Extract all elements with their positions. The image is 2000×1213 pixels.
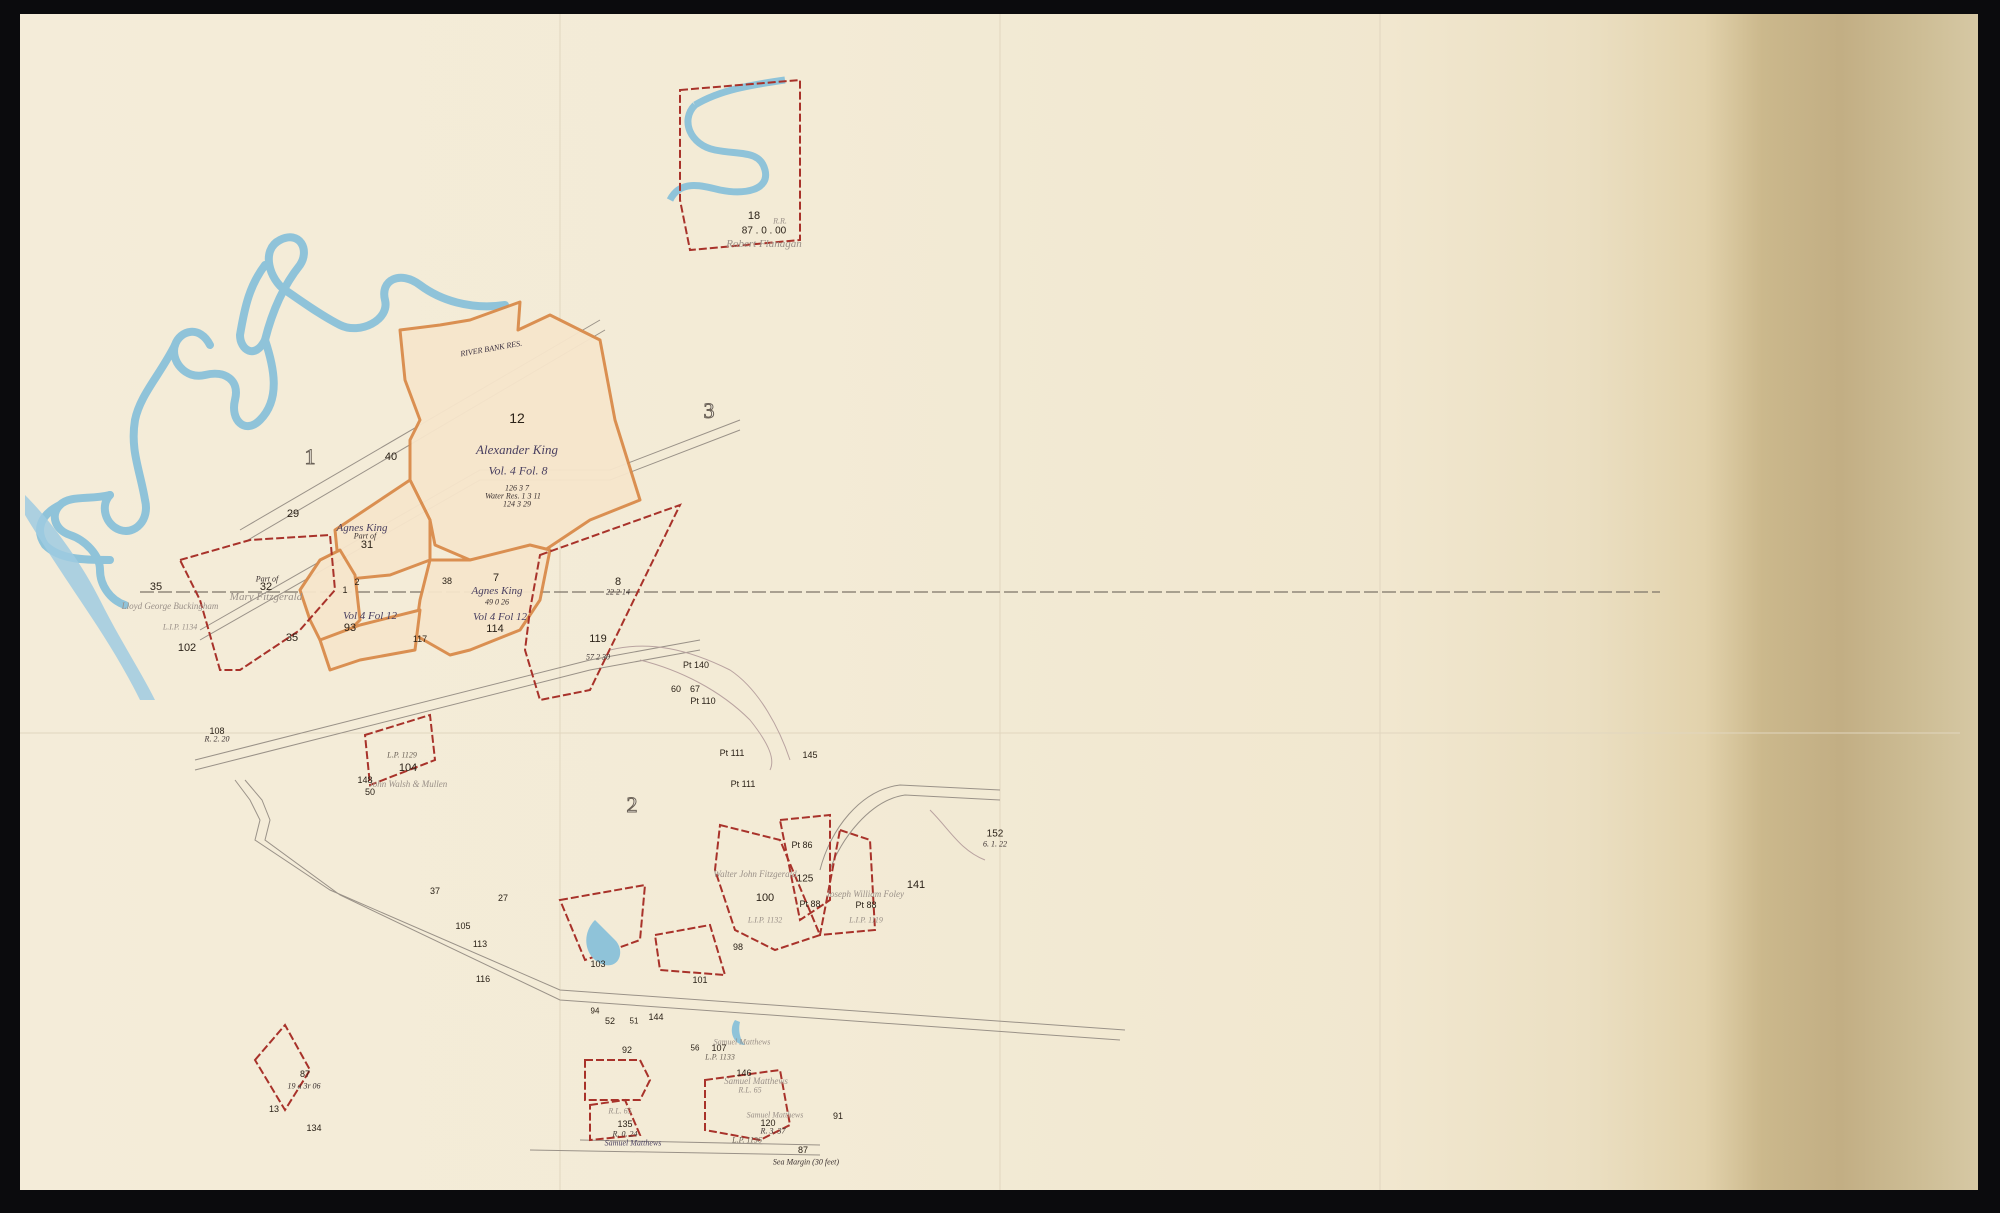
parcel-103-number: 103 (590, 959, 605, 969)
parcel-104-number: 104 (399, 762, 417, 774)
parcel-141-number: 141 (907, 879, 925, 891)
parcel-102-note: L.I.P. 1134 (163, 623, 197, 632)
parcel-67-number: 67 (690, 684, 700, 694)
parcel-105-number: 105 (455, 921, 470, 931)
section-3-label: 3 (704, 398, 715, 424)
parcel-100-number: 100 (756, 892, 774, 904)
parcel-18-area: 87 . 0 . 00 (742, 226, 786, 237)
parcel-88b-owner: Joseph William Foley (826, 889, 904, 899)
parcel-107-note: L.P. 1133 (705, 1053, 735, 1062)
parcel-152-area: 6. 1. 22 (983, 840, 1007, 849)
parcel-100-note: L.I.P. 1132 (748, 916, 782, 925)
creek-lines (610, 646, 985, 860)
parcel-12-net-area: 124 3 29 (503, 500, 531, 509)
parcel-152-number: 152 (987, 829, 1004, 840)
parcel-88a-number: Pt 88 (799, 899, 820, 909)
parcel-1-number: 1 (342, 585, 347, 595)
parcel-51-number: 51 (630, 1017, 639, 1026)
parcel-87b-area: 19 a 3r 06 (287, 1082, 320, 1091)
parcel-114-number: 114 (486, 623, 504, 635)
parcel-144-number: 144 (648, 1012, 663, 1022)
parcel-7-area: 49 0 26 (485, 598, 509, 607)
parcel-108-area: R. 2. 20 (205, 735, 230, 744)
section-1-label: 1 (305, 444, 316, 470)
parcel-119-area: 57 2 30 (586, 653, 610, 662)
parcel-111a-number: Pt 111 (720, 748, 745, 758)
parcel-8-area: 22 2 14 (606, 588, 630, 597)
parcel-38-number: 38 (442, 576, 452, 586)
parcel-31-number: 31 (361, 539, 373, 551)
parcel-101-number: 101 (692, 975, 707, 985)
parcel-37-number: 37 (430, 886, 440, 896)
parcel-12-title: Vol. 4 Fol. 8 (489, 464, 548, 479)
parcel-135-number: 135 (617, 1119, 632, 1129)
parcel-87a-note: Sea Margin (30 feet) (773, 1158, 839, 1167)
parcel-56-number: 56 (691, 1044, 700, 1053)
parcel-100-owner: Walter John Fitzgerald (713, 869, 796, 879)
river-north (670, 80, 785, 200)
parcel-146-note: R.L. 65 (738, 1086, 761, 1095)
parcel-135-area: R. 0. 24 (613, 1130, 638, 1139)
parcel-52-number: 52 (605, 1016, 615, 1026)
parcel-117-number: 117 (413, 634, 427, 644)
parcel-119-number: 119 (589, 633, 607, 645)
parcel-50-number: 50 (365, 787, 375, 797)
parcel-120-area: R. 3. 37 (761, 1127, 786, 1136)
parcel-87b-number: 87 (300, 1069, 310, 1079)
parcel-12-number: 12 (509, 410, 525, 426)
parcel-29-number: 29 (287, 508, 299, 520)
parcel-35a-owner: Lloyd George Buckingham (122, 601, 219, 611)
parcel-135-owner: Samuel Matthews (605, 1139, 662, 1148)
parcel-32-owner: Mary Fitzgerald (230, 591, 302, 603)
parcel-114-title: Vol 4 Fol 12 (473, 611, 527, 623)
parcel-98-number: 98 (733, 942, 743, 952)
parcel-60-number: 60 (671, 684, 681, 694)
parcel-91-number: 91 (833, 1111, 843, 1121)
parcel-145-number: 145 (802, 750, 817, 760)
parcel-88b-number: Pt 88 (855, 900, 876, 910)
parcel-110-number: Pt 110 (690, 696, 715, 706)
parcel-93-number: 93 (344, 622, 356, 634)
parcel-94-number: 94 (591, 1007, 600, 1016)
parcel-7-number: 7 (493, 572, 499, 584)
parcel-7-owner: Agnes King (471, 585, 522, 597)
parcel-125-number: 125 (797, 874, 814, 885)
parcel-40-number: 40 (385, 451, 397, 463)
parcel-146-owner: Samuel Matthews (724, 1076, 788, 1086)
parcel-18-owner: Robert Flanagan (726, 238, 801, 250)
parcel-107-owner: Samuel Matthews (714, 1038, 771, 1047)
parcel-35b-number: 35 (286, 632, 298, 644)
parcel-86-number: Pt 86 (791, 840, 812, 850)
section-2-label: 2 (627, 792, 638, 818)
parcel-102-number: 102 (178, 642, 196, 654)
parcel-13-number: 13 (269, 1104, 279, 1114)
parcel-88b-note: L.I.P. 1119 (849, 916, 883, 925)
parcel-104-note: L.P. 1129 (387, 751, 417, 760)
roads (195, 320, 1125, 1155)
parcel-12-owner: Alexander King (476, 442, 558, 458)
parcel-148-number: 148 (357, 775, 372, 785)
parcel-92-number: 92 (622, 1045, 632, 1055)
parcel-140-number: Pt 140 (683, 660, 709, 670)
parcel-27-number: 27 (498, 893, 508, 903)
parcel-116-number: 116 (476, 974, 490, 984)
map-sheet: 1 2 3 12 Alexander King Vol. 4 Fol. 8 12… (20, 14, 1978, 1190)
parcel-104-owner: John Walsh & Mullen (369, 779, 447, 789)
parcel-134-number: 134 (306, 1123, 321, 1133)
parcel-18-number: 18 (748, 210, 760, 222)
parcel-113-number: 113 (473, 939, 487, 949)
parcel-8-number: 8 (615, 576, 621, 588)
parcel-2-number: 2 (354, 577, 359, 587)
parcel-35a-number: 35 (150, 581, 162, 593)
parcel-18-note: R.R. (773, 217, 787, 226)
parcel-87a-number: 87 (798, 1145, 808, 1155)
parcel-120-note: L.P. 1136 (732, 1136, 762, 1145)
map-linework (0, 0, 2000, 1213)
parcel-93-title: Vol 4 Fol 12 (343, 610, 397, 622)
parcel-111b-number: Pt 111 (731, 779, 756, 789)
parcel-135-note: R.L. 65 (608, 1107, 631, 1116)
